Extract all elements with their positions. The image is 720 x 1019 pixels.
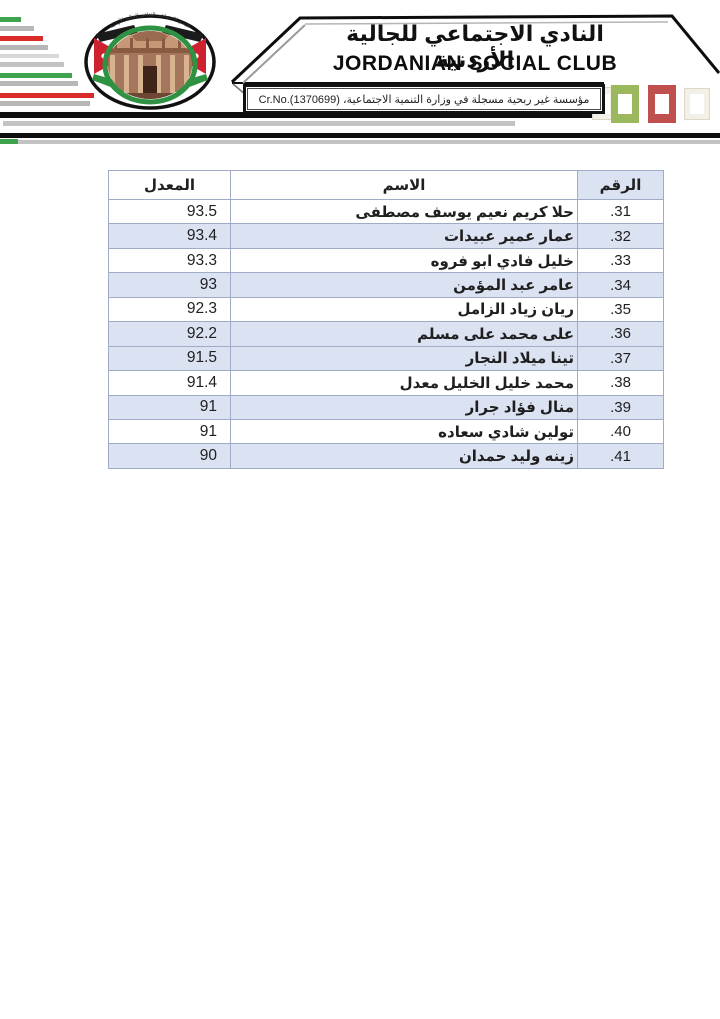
cell-average: 93.4 xyxy=(109,224,231,248)
table-row: 40. تولين شادي سعاده 91 xyxy=(109,419,664,443)
decor-square-inner xyxy=(690,94,704,114)
cell-number: 39. xyxy=(578,395,664,419)
registration-text: مؤسسة غير ربحية مسجلة في وزارة التنمية ا… xyxy=(247,88,601,110)
cell-name: على محمد على مسلم xyxy=(231,322,578,346)
registration-box: مؤسسة غير ربحية مسجلة في وزارة التنمية ا… xyxy=(243,84,605,114)
cell-name: تينا ميلاد النجار xyxy=(231,346,578,370)
table-header-row: الرقم الاسم المعدل xyxy=(109,171,664,200)
cell-average: 91.4 xyxy=(109,371,231,395)
cell-name: ريان زياد الزامل xyxy=(231,297,578,321)
decor-square-cream xyxy=(684,88,710,120)
table-row: 33. خليل فادي ابو فروه 93.3 xyxy=(109,248,664,272)
table-row: 31. حلا كريم نعيم يوسف مصطفى 93.5 xyxy=(109,200,664,224)
cell-average: 92.2 xyxy=(109,322,231,346)
header-cell-average: المعدل xyxy=(109,171,231,200)
cell-average: 93.3 xyxy=(109,248,231,272)
cell-number: 35. xyxy=(578,297,664,321)
cell-average: 93 xyxy=(109,273,231,297)
cell-number: 38. xyxy=(578,371,664,395)
cell-average: 90 xyxy=(109,444,231,468)
results-table-body: 31. حلا كريم نعيم يوسف مصطفى 93.5 32. عم… xyxy=(109,200,664,469)
cell-average: 91 xyxy=(109,395,231,419)
cell-number: 41. xyxy=(578,444,664,468)
cell-number: 33. xyxy=(578,248,664,272)
cell-name: زينه وليد حمدان xyxy=(231,444,578,468)
results-table-grid: الرقم الاسم المعدل 31. حلا كريم نعيم يوس… xyxy=(108,170,664,469)
decor-square-inner xyxy=(655,94,669,114)
table-row: 36. على محمد على مسلم 92.2 xyxy=(109,322,664,346)
cell-name: حلا كريم نعيم يوسف مصطفى xyxy=(231,200,578,224)
cell-number: 32. xyxy=(578,224,664,248)
cell-name: خليل فادي ابو فروه xyxy=(231,248,578,272)
table-row: 32. عمار عمير عبيدات 93.4 xyxy=(109,224,664,248)
cell-average: 91.5 xyxy=(109,346,231,370)
table-row: 35. ريان زياد الزامل 92.3 xyxy=(109,297,664,321)
cell-name: محمد خليل الخليل معدل xyxy=(231,371,578,395)
club-title-english: JORDANIAN SOCIAL CLUB xyxy=(300,52,650,76)
table-row: 34. عامر عبد المؤمن 93 xyxy=(109,273,664,297)
petra-doorway xyxy=(143,66,157,94)
table-row: 37. تينا ميلاد النجار 91.5 xyxy=(109,346,664,370)
table-row: 41. زينه وليد حمدان 90 xyxy=(109,444,664,468)
cell-number: 40. xyxy=(578,419,664,443)
cell-name: منال فؤاد جرار xyxy=(231,395,578,419)
cell-average: 93.5 xyxy=(109,200,231,224)
cell-name: عامر عبد المؤمن xyxy=(231,273,578,297)
table-row: 38. محمد خليل الخليل معدل 91.4 xyxy=(109,371,664,395)
club-logo: النادي الاجتماعي الثقافي للجالية الأردني… xyxy=(80,12,220,113)
header-cell-number: الرقم xyxy=(578,171,664,200)
cell-average: 91 xyxy=(109,419,231,443)
cell-name: عمار عمير عبيدات xyxy=(231,224,578,248)
cell-number: 37. xyxy=(578,346,664,370)
page: { "header": { "title_ar": "النادي الاجتم… xyxy=(0,0,720,1019)
decor-square-green xyxy=(611,85,639,123)
decor-square-red xyxy=(648,85,676,123)
table-row: 39. منال فؤاد جرار 91 xyxy=(109,395,664,419)
cell-average: 92.3 xyxy=(109,297,231,321)
results-table: الرقم الاسم المعدل 31. حلا كريم نعيم يوس… xyxy=(108,170,664,469)
cell-name: تولين شادي سعاده xyxy=(231,419,578,443)
decor-square-inner xyxy=(618,94,632,114)
cell-number: 31. xyxy=(578,200,664,224)
cell-number: 36. xyxy=(578,322,664,346)
cell-number: 34. xyxy=(578,273,664,297)
header-cell-name: الاسم xyxy=(231,171,578,200)
